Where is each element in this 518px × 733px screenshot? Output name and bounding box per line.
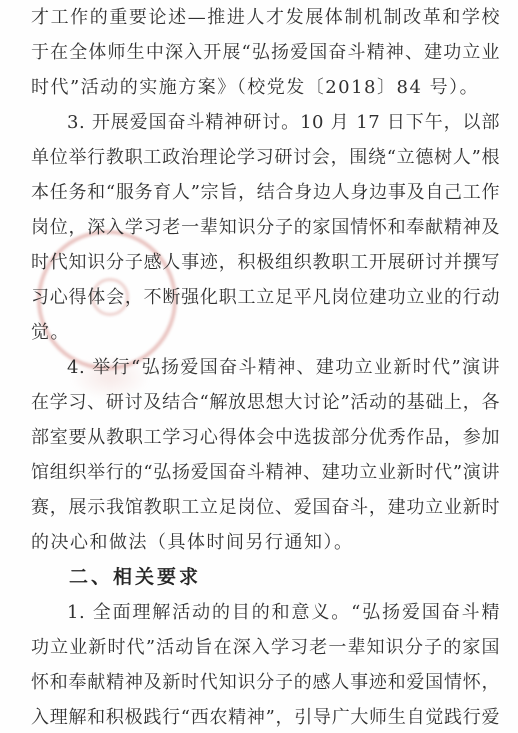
doc-line: 习心得体会，不断强化职工立足平凡岗位建功立业的行动自 <box>31 280 500 315</box>
doc-line: 于在全体师生中深入开展“弘扬爱国奋斗精神、建功立业新 <box>31 35 500 70</box>
doc-line: 觉。 <box>31 315 500 350</box>
doc-line: 功立业新时代”活动旨在深入学习老一辈知识分子的家国情 <box>31 630 500 665</box>
doc-line: 本任务和“服务育人”宗旨，结合身边人身边事及自己工作 <box>31 175 500 210</box>
doc-line: 赛，展示我馆教职工立足岗位、爱国奋斗，建功立业新时代 <box>31 490 500 525</box>
document-text-block: 才工作的重要论述—推进人才发展体制机制改革和学校《关 于在全体师生中深入开展“弘… <box>31 0 500 733</box>
doc-line: 馆组织举行的“弘扬爱国奋斗精神、建功立业新时代”演讲 <box>31 455 500 490</box>
document-page: 才工作的重要论述—推进人才发展体制机制改革和学校《关 于在全体师生中深入开展“弘… <box>0 0 518 733</box>
doc-line: 时代知识分子感人事迹，积极组织教职工开展研讨并撰写学 <box>31 245 500 280</box>
doc-line: 时代”活动的实施方案》（校党发〔2018〕84 号）。 <box>31 70 500 105</box>
doc-line: 才工作的重要论述—推进人才发展体制机制改革和学校《关 <box>31 0 500 35</box>
doc-line: 怀和奉献精神及新时代知识分子的感人事迹和爱国情怀，深 <box>31 665 500 700</box>
doc-line: 的决心和做法（具体时间另行通知）。 <box>31 525 500 560</box>
doc-line-item-3: 3. 开展爱国奋斗精神研讨。10 月 17 日下午，以部室为 <box>31 105 500 140</box>
doc-line-item-1: 1. 全面理解活动的目的和意义。“弘扬爱国奋斗精神、建 <box>31 595 500 630</box>
doc-line: 入理解和积极践行“西农精神”，引导广大师生自觉践行爱国 <box>31 700 500 733</box>
doc-line-item-4: 4. 举行“弘扬爱国奋斗精神、建功立业新时代”演讲赛。 <box>31 350 500 385</box>
doc-line: 在学习、研讨及结合“解放思想大讨论”活动的基础上，各 <box>31 385 500 420</box>
doc-line: 部室要从教职工学习心得体会中选拔部分优秀作品，参加我 <box>31 420 500 455</box>
doc-line: 单位举行教职工政治理论学习研讨会，围绕“立德树人”根 <box>31 140 500 175</box>
doc-line: 岗位，深入学习老一辈知识分子的家国情怀和奉献精神及新 <box>31 210 500 245</box>
section-heading: 二、相关要求 <box>31 560 500 595</box>
